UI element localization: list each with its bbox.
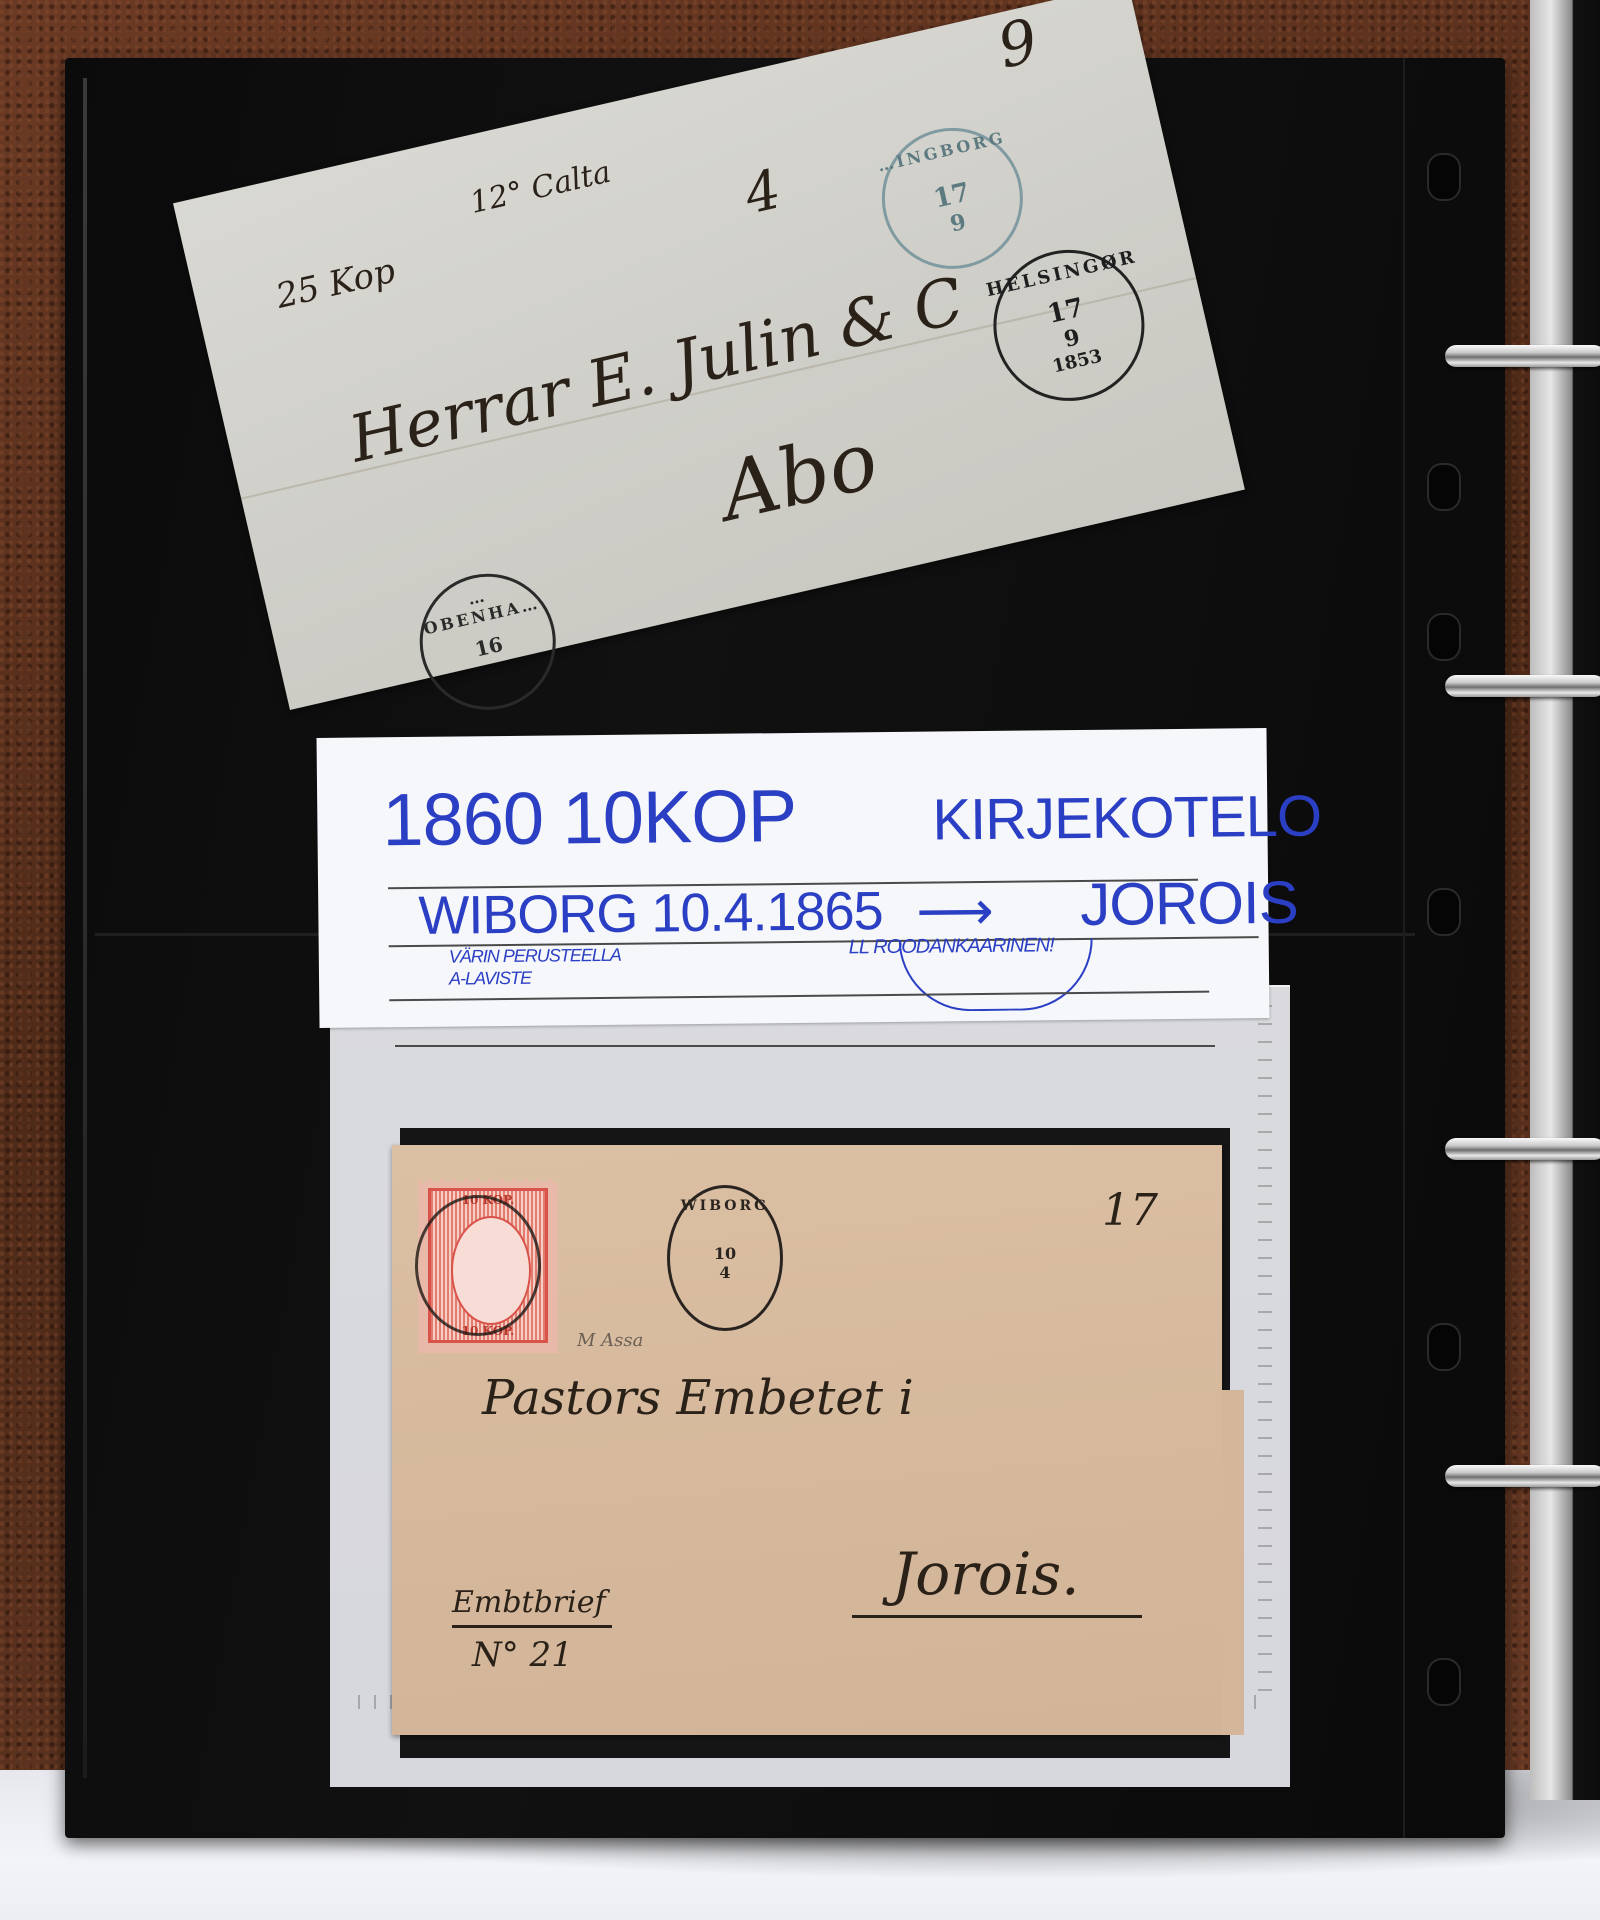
label-origin-date: WIBORG 10.4.1865	[418, 880, 883, 947]
label-destination: JOROIS	[1080, 868, 1298, 939]
postmark-wiborg: WIBORG 10 4	[667, 1185, 783, 1331]
corner-underline	[452, 1625, 612, 1628]
punch-hole	[1427, 153, 1461, 201]
address-underline	[852, 1615, 1142, 1618]
corner-note-2: N° 21	[472, 1635, 573, 1675]
postmark-ingborg: …INGBORG 17 9	[868, 114, 1037, 283]
sleeve-rule	[395, 1045, 1215, 1047]
label-note-color: VÄRIN PERUSTEELLA	[449, 945, 621, 968]
binder-spine	[1530, 0, 1600, 1800]
binder-ring	[1445, 345, 1600, 367]
address-line-2: Abo	[712, 413, 886, 539]
punch-hole	[1427, 888, 1461, 936]
punch-hole	[1427, 1658, 1461, 1706]
label-arrow: ⟶	[916, 879, 993, 943]
handwritten-4: 4	[739, 157, 787, 226]
handwritten-9: 9	[991, 6, 1044, 83]
punch-strip	[1403, 58, 1475, 1838]
pencil-note: M Assa	[577, 1330, 643, 1351]
corner-note-1: Embtbrief	[452, 1585, 606, 1620]
postmark-helsingor: HELSINGØR 17 9 1853	[978, 235, 1159, 416]
punch-hole	[1427, 1323, 1461, 1371]
handwritten-note: 12° Calta	[467, 155, 614, 221]
address-line-1: Pastors Embetet i	[482, 1370, 914, 1426]
sleeve-seam-right	[1258, 997, 1272, 1707]
binder-ring	[1445, 1138, 1600, 1160]
label-note-variety: A-LAVISTE	[449, 968, 531, 990]
handwritten-number: 17	[1102, 1185, 1158, 1236]
cover-flap	[1222, 1390, 1244, 1735]
label-item-type: KIRJEKOTELO	[932, 782, 1321, 853]
description-label: 1860 10KOP KIRJEKOTELO WIBORG 10.4.1865 …	[317, 728, 1270, 1028]
address-line-1: Herrar E. Julin & C	[343, 264, 971, 477]
binder-ring	[1445, 1465, 1600, 1487]
label-rule	[389, 991, 1209, 1002]
binder-ring	[1445, 675, 1600, 697]
punch-hole	[1427, 613, 1461, 661]
stamp-cancel	[415, 1195, 541, 1336]
punch-hole	[1427, 463, 1461, 511]
address-line-2: Jorois.	[892, 1540, 1080, 1608]
label-circle-mark	[899, 938, 1094, 1012]
label-year-value: 1860 10KOP	[382, 773, 797, 862]
rate-note: 25 Kop	[272, 251, 399, 317]
page-edge-highlight	[83, 78, 87, 1778]
